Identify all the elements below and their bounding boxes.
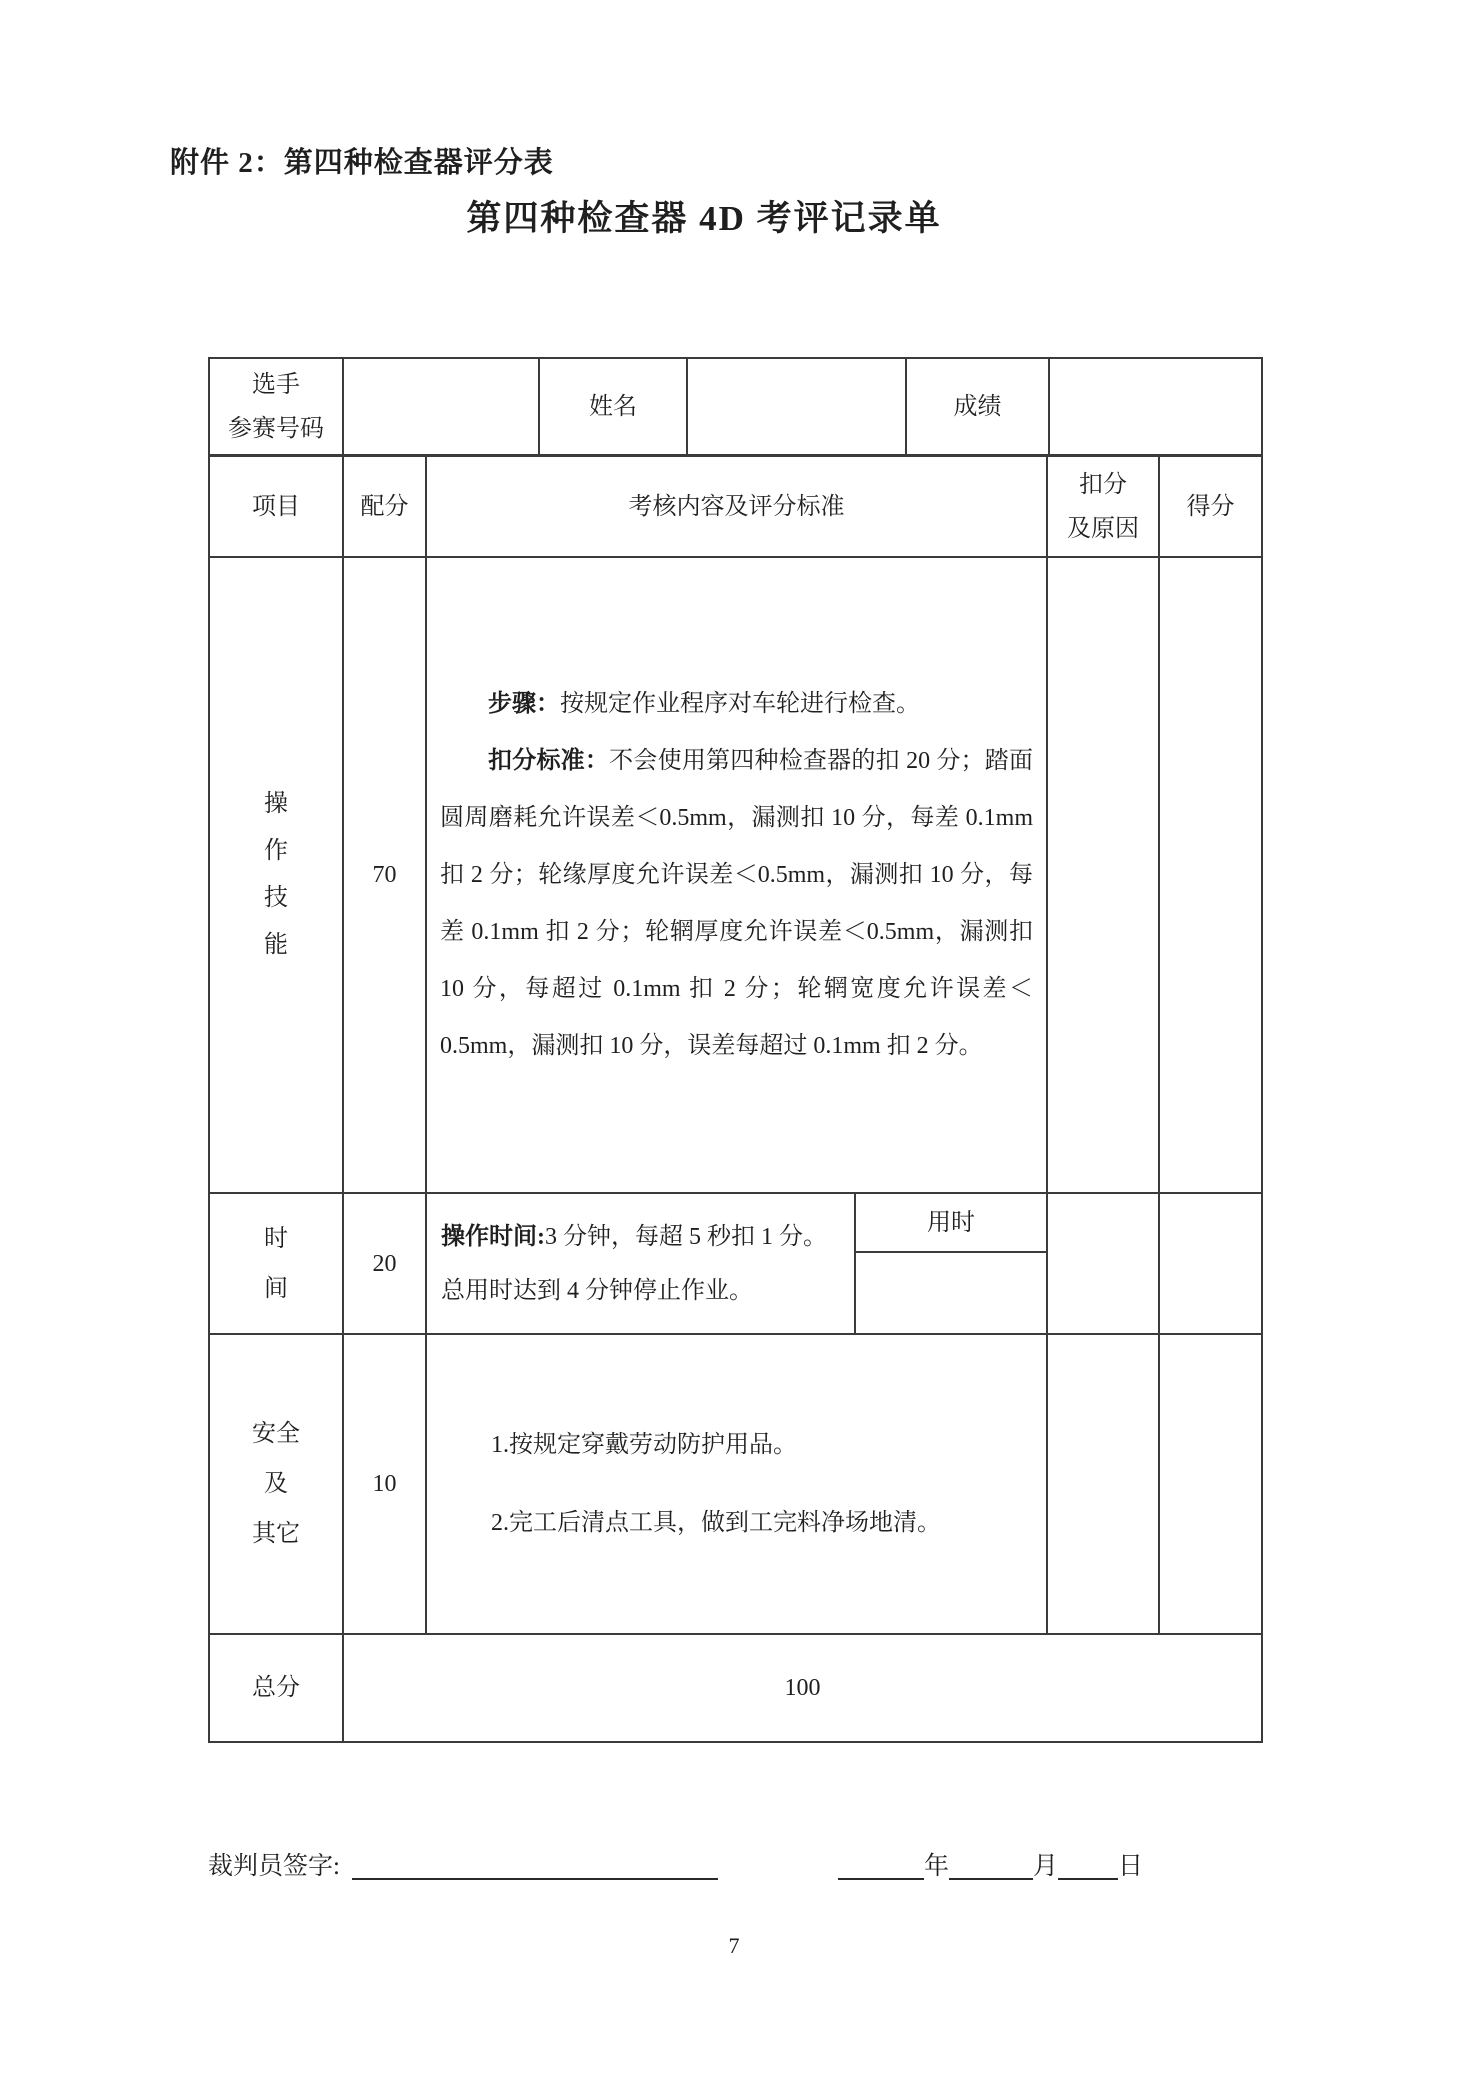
safety-criteria-cell: 1.按规定穿戴劳动防护用品。 2.完工后清点工具，做到工完料净场地清。 [427,1335,1048,1633]
result-label-cell: 成绩 [907,359,1050,454]
header-points-cell: 配分 [344,457,427,556]
info-row: 选手 参赛号码 姓名 成绩 [210,359,1261,457]
skill-score-cell [1160,558,1261,1192]
signature-label: 裁判员签字: [208,1853,340,1880]
result-value-cell [1050,359,1261,454]
footer-signature-line: 裁判员签字:年月日 [208,1846,1308,1882]
year-blank-line [838,1850,924,1880]
header-score-cell: 得分 [1160,457,1261,556]
time-row: 时 间 20 操作时间:3 分钟，每超 5 秒扣 1 分。 总用时达到 4 分钟… [210,1194,1261,1335]
document-page: 附件 2：第四种检查器评分表 第四种检查器 4D 考评记录单 选手 参赛号码 姓… [0,0,1468,2076]
safety-score-cell [1160,1335,1261,1633]
page-number: 7 [0,1933,1468,1959]
total-row: 总分 100 [210,1635,1261,1741]
header-deduction-cell: 扣分 及原因 [1048,457,1160,556]
header-criteria-cell: 考核内容及评分标准 [427,457,1048,556]
name-label-cell: 姓名 [540,359,688,454]
form-title: 第四种检查器 4D 考评记录单 [0,191,1408,241]
day-label: 日 [1118,1853,1143,1880]
header-row: 项目 配分 考核内容及评分标准 扣分 及原因 得分 [210,457,1261,558]
header-item-cell: 项目 [210,457,344,556]
time-text-line2: 总用时达到 4 分钟停止作业。 [441,1264,854,1318]
signature-blank-line [352,1850,718,1880]
total-label-cell: 总分 [210,1635,344,1741]
time-score-cell [1160,1194,1261,1333]
time-text-line1: 操作时间:3 分钟，每超 5 秒扣 1 分。 [441,1210,854,1264]
safety-item-cell: 安全 及 其它 [210,1335,344,1633]
year-label: 年 [924,1853,949,1880]
time-points-cell: 20 [344,1194,427,1333]
skill-points-cell: 70 [344,558,427,1192]
day-blank-line [1058,1850,1118,1880]
time-criteria-cell: 操作时间:3 分钟，每超 5 秒扣 1 分。 总用时达到 4 分钟停止作业。 用… [427,1194,1048,1333]
skill-step-paragraph: 步骤：按规定作业程序对车轮进行检查。 [440,676,1033,733]
duration-subcolumn: 用时 [854,1194,1046,1333]
month-label: 月 [1033,1853,1058,1880]
contestant-number-label-cell: 选手 参赛号码 [210,359,344,454]
safety-line2: 2.完工后清点工具，做到工完料净场地清。 [491,1484,941,1562]
attachment-heading: 附件 2：第四种检查器评分表 [170,140,554,181]
name-value-cell [688,359,907,454]
contestant-number-value-cell [344,359,540,454]
skill-deduction-cell [1048,558,1160,1192]
skill-deduction-paragraph: 扣分标准：不会使用第四种检查器的扣 20 分；踏面圆周磨耗允许误差＜0.5mm，… [440,733,1033,1075]
skill-item-cell: 操 作 技 能 [210,558,344,1192]
total-value-cell: 100 [344,1635,1261,1741]
month-blank-line [949,1850,1033,1880]
skill-criteria-cell: 步骤：按规定作业程序对车轮进行检查。 扣分标准：不会使用第四种检查器的扣 20 … [427,558,1048,1192]
duration-value-cell [856,1253,1046,1333]
time-deduction-cell [1048,1194,1160,1333]
time-item-cell: 时 间 [210,1194,344,1333]
evaluation-table: 选手 参赛号码 姓名 成绩 项目 配分 考核内容及评分标准 [208,357,1263,1743]
safety-line1: 1.按规定穿戴劳动防护用品。 [491,1406,797,1484]
safety-deduction-cell [1048,1335,1160,1633]
time-text: 操作时间:3 分钟，每超 5 秒扣 1 分。 总用时达到 4 分钟停止作业。 [427,1194,854,1333]
contestant-label-line1: 选手 [252,363,300,407]
safety-points-cell: 10 [344,1335,427,1633]
safety-row: 安全 及 其它 10 1.按规定穿戴劳动防护用品。 2.完工后清点工具，做到工完… [210,1335,1261,1635]
duration-label-cell: 用时 [856,1194,1046,1253]
skill-row: 操 作 技 能 70 步骤：按规定作业程序对车轮进行检查。 扣分标准：不会使用第… [210,558,1261,1194]
contestant-label-line2: 参赛号码 [228,407,324,451]
